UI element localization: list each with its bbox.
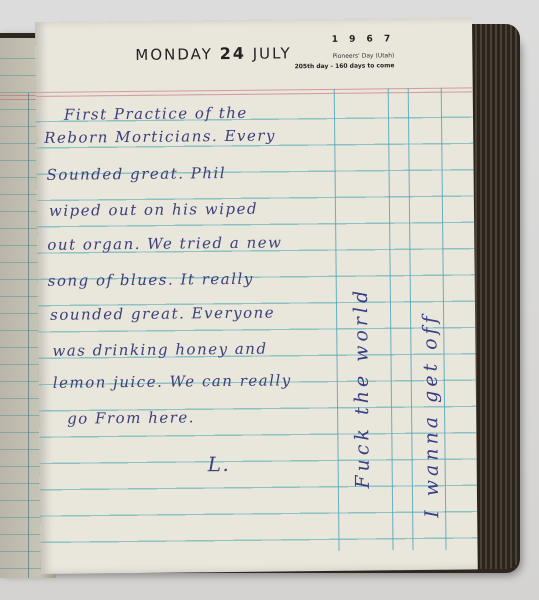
day-number: 24 xyxy=(220,44,246,63)
entry-line: go From here. xyxy=(67,408,195,427)
entry-line: was drinking honey and xyxy=(52,340,267,360)
weekday: MONDAY xyxy=(135,45,213,64)
entry-line: wiped out on his wiped xyxy=(49,200,258,220)
entry-line: Sounded great. Phil xyxy=(47,164,227,184)
entry-line: out organ. We tried a new xyxy=(47,233,282,253)
page-header: MONDAY 24 JULY 1 9 6 7 Pioneers' Day (Ut… xyxy=(35,17,473,90)
entry-line: sounded great. Everyone xyxy=(50,304,275,324)
diary-page: MONDAY 24 JULY 1 9 6 7 Pioneers' Day (Ut… xyxy=(35,17,478,574)
year: 1 9 6 7 xyxy=(332,34,395,45)
holiday-note: Pioneers' Day (Utah) xyxy=(333,52,395,60)
margin-note-2: I wanna get off xyxy=(419,312,443,518)
entry-line: Reborn Morticians. Every xyxy=(44,126,276,146)
entry-line: lemon juice. We can really xyxy=(53,371,292,392)
entry-line: First Practice of the xyxy=(64,104,248,124)
page-date: MONDAY 24 JULY xyxy=(135,43,291,64)
signature: L. xyxy=(208,452,231,476)
left-page-column-rule xyxy=(28,93,29,578)
entry-line: song of blues. It really xyxy=(48,270,254,290)
month: JULY xyxy=(253,44,292,62)
margin-note-1: Fuck the world xyxy=(350,287,374,489)
day-count: 205th day - 160 days to come xyxy=(295,62,395,70)
